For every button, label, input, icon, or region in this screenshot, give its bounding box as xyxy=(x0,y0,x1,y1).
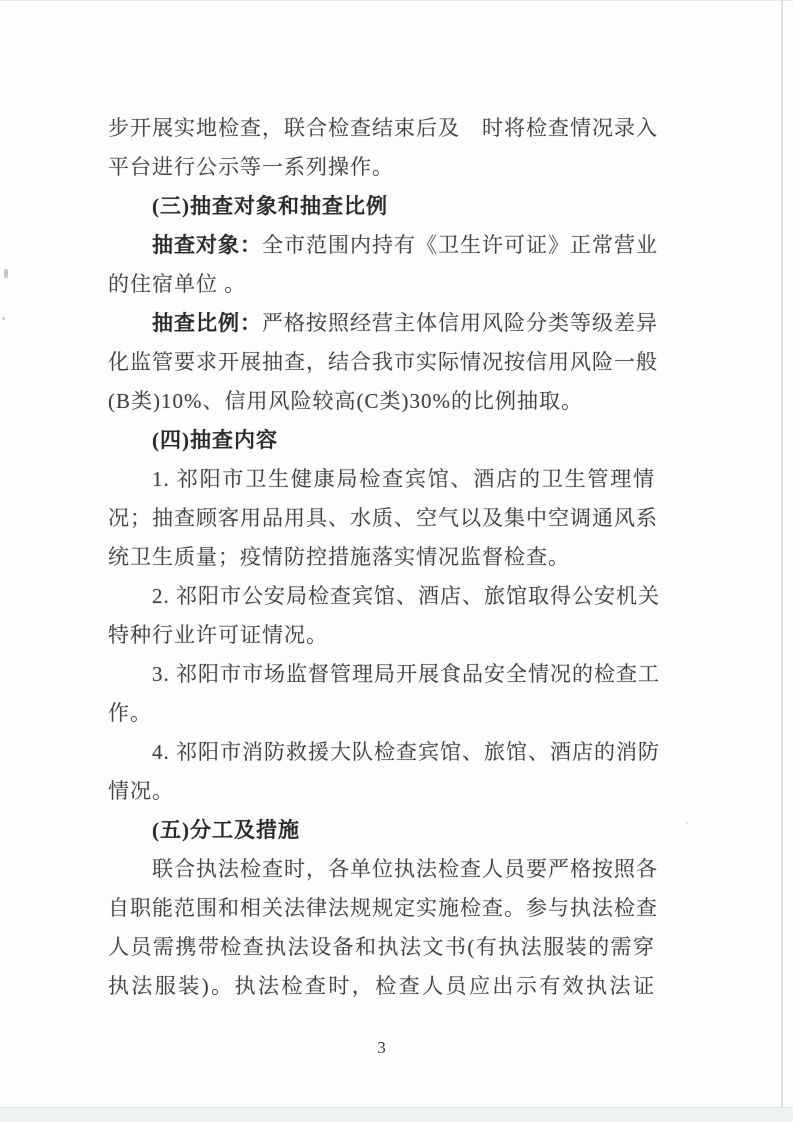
body-line: 3. 祁阳市市场监督管理局开展食品安全情况的检查工 xyxy=(108,655,655,694)
body-text-segment: 平台进行公示等一系列操作。 xyxy=(108,155,394,179)
scan-speck xyxy=(4,269,8,278)
body-text-segment: 全市范围内持有《卫生许可证》正常营业 xyxy=(262,233,658,257)
body-line: 特种行业许可证情况。 xyxy=(108,616,655,655)
body-text-segment: 联合执法检查时，各单位执法检查人员要严格按照各 xyxy=(152,857,658,881)
body-line: 作。 xyxy=(108,694,655,733)
body-text-segment: (B类)10%、信用风险较高(C类)30%的比例抽取。 xyxy=(108,389,583,413)
scanned-document-page: 步开展实地检查，联合检查结束后及 时将检查情况录入平台进行公示等一系列操作。(三… xyxy=(0,0,793,1122)
scan-top-edge xyxy=(0,0,793,1)
body-line: 平台进行公示等一系列操作。 xyxy=(108,148,655,187)
body-line: 抽查对象：全市范围内持有《卫生许可证》正常营业 xyxy=(108,226,655,265)
body-line: 情况。 xyxy=(108,772,655,811)
body-text-segment: 作。 xyxy=(108,701,152,725)
body-text-segment: 人员需携带检查执法设备和执法文书(有执法服装的需穿 xyxy=(108,935,655,959)
body-line: 抽查比例：严格按照经营主体信用风险分类等级差异 xyxy=(108,304,655,343)
body-text-segment: 1. 祁阳市卫生健康局检查宾馆、酒店的卫生管理情 xyxy=(152,467,655,491)
scan-bottom-strip xyxy=(0,1107,793,1122)
scan-speck xyxy=(686,822,688,824)
bold-text-segment: 抽查对象： xyxy=(152,233,262,257)
body-line: 自职能范围和相关法律法规规定实施检查。参与执法检查 xyxy=(108,889,655,928)
body-line: 人员需携带检查执法设备和执法文书(有执法服装的需穿 xyxy=(108,928,655,967)
body-text-segment: 化监管要求开展抽查，结合我市实际情况按信用风险一般 xyxy=(108,350,658,374)
body-line: (B类)10%、信用风险较高(C类)30%的比例抽取。 xyxy=(108,382,655,421)
scan-speck xyxy=(2,317,5,320)
body-text-segment: 2. 祁阳市公安局检查宾馆、酒店、旅馆取得公安机关 xyxy=(152,584,660,608)
body-line: 1. 祁阳市卫生健康局检查宾馆、酒店的卫生管理情 xyxy=(108,460,655,499)
body-text-segment: 4. 祁阳市消防救援大队检查宾馆、旅馆、酒店的消防 xyxy=(152,740,660,764)
body-line: 的住宿单位 。 xyxy=(108,265,655,304)
body-line: 执法服装)。执法检查时，检查人员应出示有效执法证 xyxy=(108,967,655,1006)
body-text-segment: 严格按照经营主体信用风险分类等级差异 xyxy=(262,311,658,335)
body-line: 2. 祁阳市公安局检查宾馆、酒店、旅馆取得公安机关 xyxy=(108,577,655,616)
section-heading: (四)抽查内容 xyxy=(108,421,655,460)
section-heading: (三)抽查对象和抽查比例 xyxy=(108,187,655,226)
body-line: 化监管要求开展抽查，结合我市实际情况按信用风险一般 xyxy=(108,343,655,382)
body-line: 况；抽查顾客用品用具、水质、空气以及集中空调通风系 xyxy=(108,499,655,538)
body-text-segment: 执法服装)。执法检查时，检查人员应出示有效执法证 xyxy=(108,974,655,998)
bold-text-segment: 抽查比例： xyxy=(152,311,262,335)
body-line: 统卫生质量；疫情防控措施落实情况监督检查。 xyxy=(108,538,655,577)
body-text-segment: 情况。 xyxy=(108,779,174,803)
body-line: 4. 祁阳市消防救援大队检查宾馆、旅馆、酒店的消防 xyxy=(108,733,655,772)
page-number: 3 xyxy=(108,1036,655,1060)
body-line: 步开展实地检查，联合检查结束后及 时将检查情况录入 xyxy=(108,109,655,148)
body-text-segment: 的住宿单位 。 xyxy=(108,272,246,296)
bold-text-segment: (三)抽查对象和抽查比例 xyxy=(152,194,388,218)
scan-right-edge-artifact xyxy=(781,0,783,1122)
body-text-segment: 自职能范围和相关法律法规规定实施检查。参与执法检查 xyxy=(108,896,658,920)
bold-text-segment: (四)抽查内容 xyxy=(152,428,278,452)
section-heading: (五)分工及措施 xyxy=(108,811,655,850)
bold-text-segment: (五)分工及措施 xyxy=(152,818,300,842)
body-text-segment: 统卫生质量；疫情防控措施落实情况监督检查。 xyxy=(108,545,570,569)
body-text-segment: 3. 祁阳市市场监督管理局开展食品安全情况的检查工 xyxy=(152,662,660,686)
body-line: 联合执法检查时，各单位执法检查人员要严格按照各 xyxy=(108,850,655,889)
body-text-segment: 况；抽查顾客用品用具、水质、空气以及集中空调通风系 xyxy=(108,506,658,530)
body-text-segment: 特种行业许可证情况。 xyxy=(108,623,328,647)
body-text-segment: 步开展实地检查，联合检查结束后及 时将检查情况录入 xyxy=(108,116,658,140)
document-body: 步开展实地检查，联合检查结束后及 时将检查情况录入平台进行公示等一系列操作。(三… xyxy=(108,109,655,1006)
